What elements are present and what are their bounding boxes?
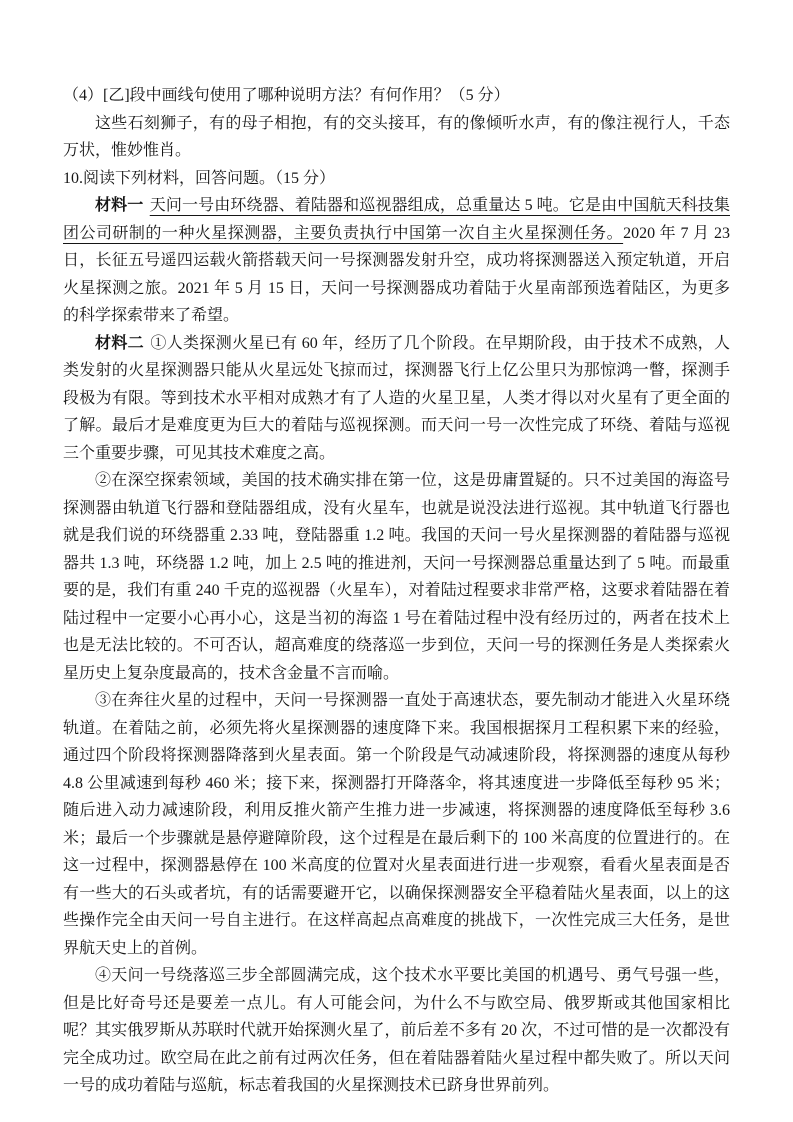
material-one-label: 材料一 xyxy=(95,197,143,214)
material-two-label: 材料二 xyxy=(95,335,144,352)
material-two-paragraph-4: ④天问一号绕落巡三步全部圆满完成，这个技术水平要比美国的机遇号、勇气号强一些，但… xyxy=(63,962,730,1100)
question-4-line: （4）[乙]段中画线句使用了哪种说明方法？有何作用？（5 分） xyxy=(63,82,730,110)
material-two-paragraph-3: ③在奔往火星的过程中，天问一号探测器一直处于高速状态，要先制动才能进入火星环绕轨… xyxy=(63,687,730,962)
document-page: （4）[乙]段中画线句使用了哪种说明方法？有何作用？（5 分） 这些石刻狮子，有… xyxy=(0,0,793,1122)
material-two-paragraph-2: ②在深空探索领域，美国的技术确实排在第一位，这是毋庸置疑的。只不过美国的海盗号探… xyxy=(63,467,730,687)
material-one-paragraph: 材料一天问一号由环绕器、着陆器和巡视器组成，总重量达 5 吨。它是由中国航天科技… xyxy=(63,192,730,330)
question-10-line: 10.阅读下列材料，回答问题。（15 分） xyxy=(63,165,730,193)
quoted-sentence-paragraph: 这些石刻狮子，有的母子相抱，有的交头接耳，有的像倾听水声，有的像注视行人，千态万… xyxy=(63,110,730,165)
material-two-paragraph-1: 材料二①人类探测火星已有 60 年，经历了几个阶段。在早期阶段，由于技术不成熟，… xyxy=(63,330,730,468)
material-two-paragraph-1-text: ①人类探测火星已有 60 年，经历了几个阶段。在早期阶段，由于技术不成熟，人类发… xyxy=(63,335,730,462)
